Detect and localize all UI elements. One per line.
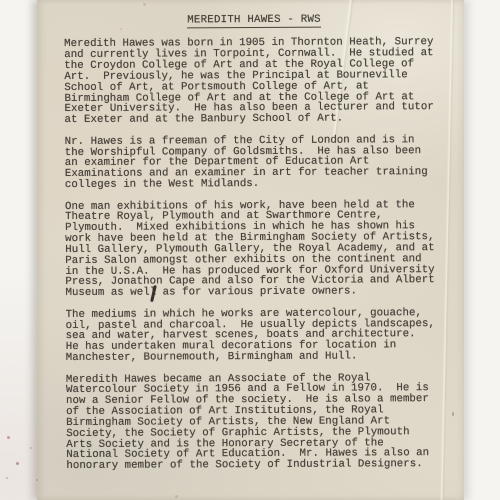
paragraph-freeman: Nr. Hawes is a freeman of the City of Lo… [65, 135, 445, 191]
paragraph-exhibitions: One man exhibitions of his work, have be… [65, 200, 446, 300]
photo-background: MEREDITH HAWES - RWS Meredith Hawes was … [0, 0, 500, 500]
typewritten-text: MEREDITH HAWES - RWS Meredith Hawes was … [64, 14, 446, 483]
paper-stain [6, 477, 8, 479]
page-title: MEREDITH HAWES - RWS [64, 14, 444, 29]
page-title-text: MEREDITH HAWES - RWS [187, 15, 321, 29]
paper-stain [7, 436, 10, 439]
paper-stain [16, 462, 19, 465]
paragraph-mediums: The mediums in which he works are waterc… [66, 308, 446, 364]
paragraph-biography: Meredith Hawes was born in 1905 in Thorn… [64, 37, 444, 126]
paper-stain [30, 447, 32, 449]
paragraph-societies: Meredith Hawes became an Associate of th… [66, 373, 447, 473]
